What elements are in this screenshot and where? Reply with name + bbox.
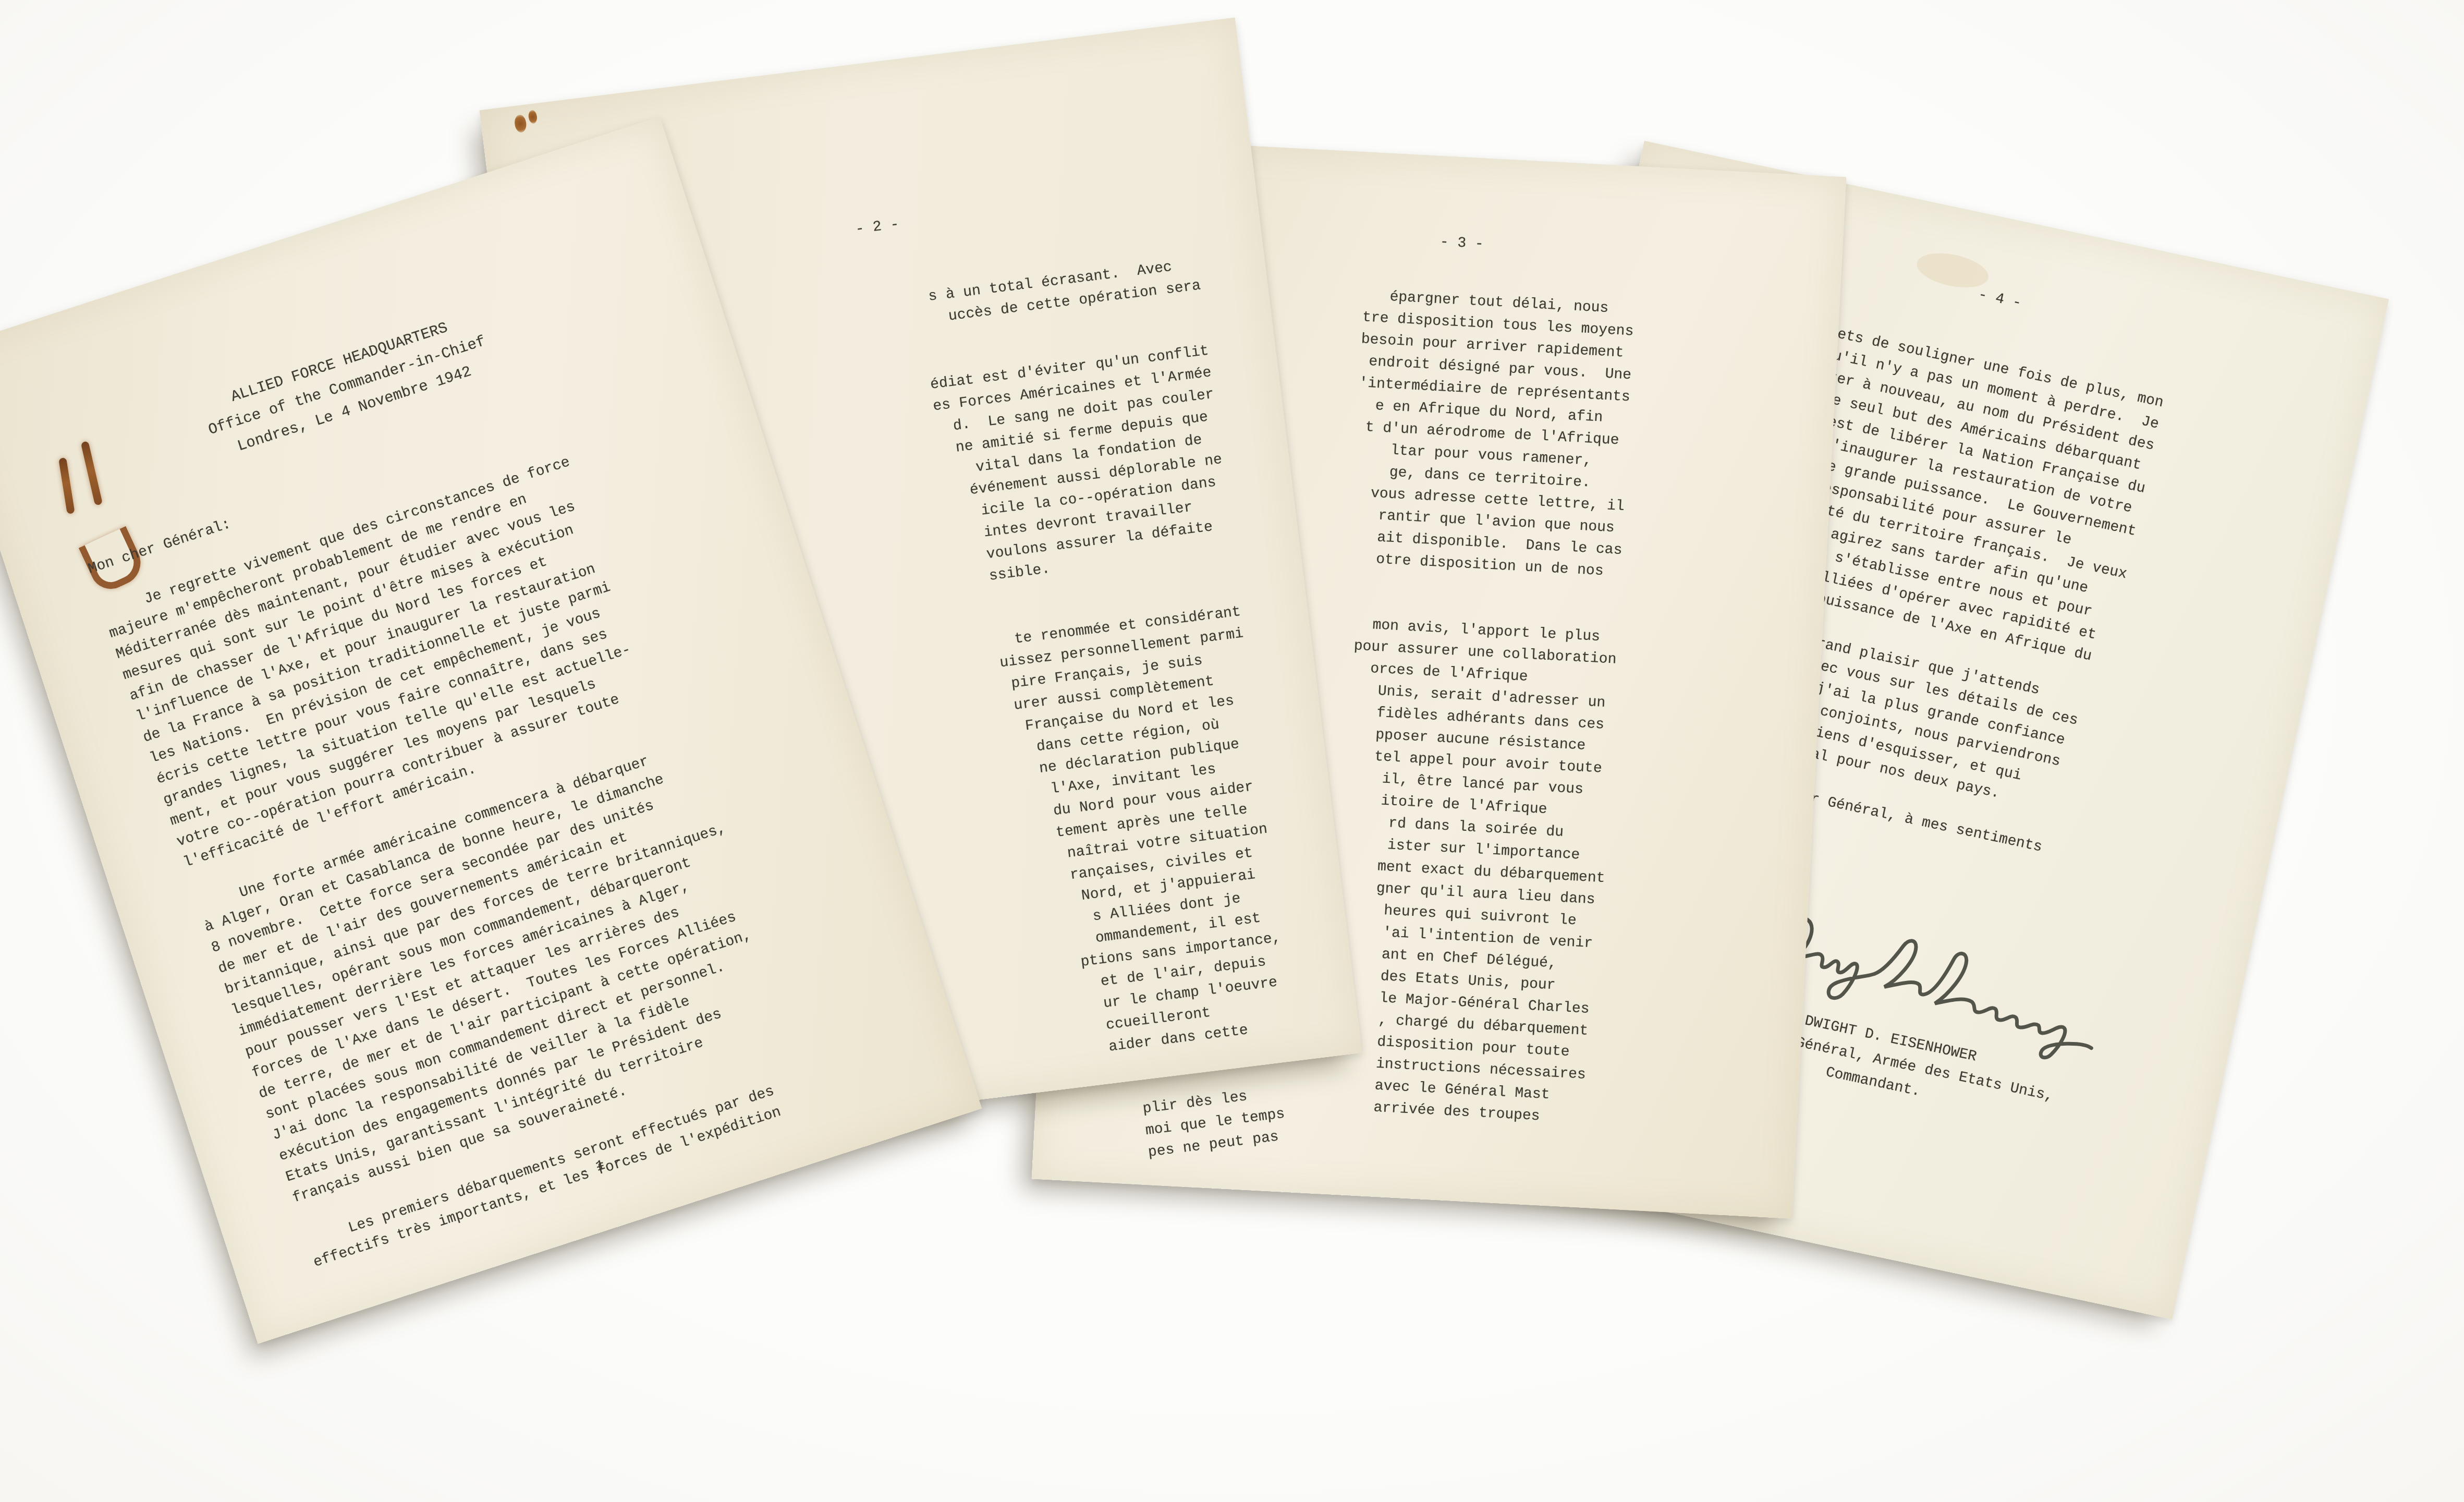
rust-stain-dot bbox=[514, 114, 527, 133]
photograph-of-letter: - 4 - rmets de souligner une fois de plu… bbox=[0, 0, 2464, 1502]
letter-body: Je regrette vivement que des circonstanc… bbox=[100, 417, 893, 1274]
rust-stain-dot bbox=[528, 110, 538, 124]
letterhead-line: ALLIED FORCE HEADQUARTERS bbox=[48, 257, 631, 467]
